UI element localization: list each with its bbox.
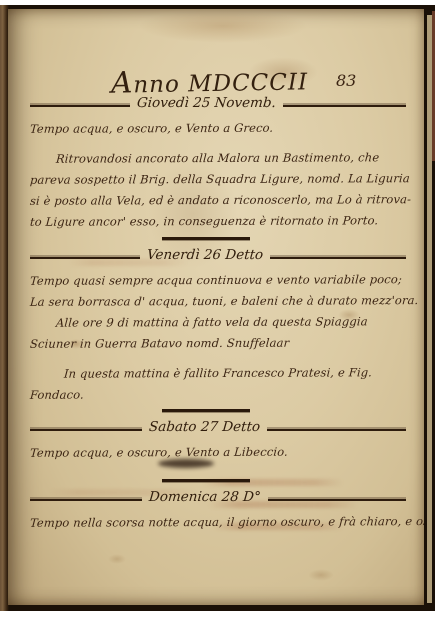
manuscript-line: Tempo acqua, e oscuro, e Vento a Libecci…: [29, 441, 406, 464]
manuscript-line: to Ligure ancor' esso, in conseguenza è …: [29, 210, 406, 233]
section-divider: [162, 237, 250, 240]
manuscript-line: Ritrovandosi ancorato alla Malora un Bas…: [29, 147, 406, 170]
entry-heading: Venerdì 26 Detto: [30, 247, 406, 263]
entry-date: Sabato 27 Detto: [142, 419, 268, 435]
heading-rule-left: [30, 429, 142, 431]
section-divider: [162, 479, 250, 482]
manuscript-line: Tempo quasi sempre acqua continuova e ve…: [29, 269, 406, 292]
page-number: 83: [336, 71, 356, 90]
manuscript-line: Tempo nella scorsa notte acqua, il giorn…: [29, 511, 406, 534]
manuscript-line: si è posto alla Vela, ed è andato a rico…: [29, 189, 406, 212]
manuscript-line: Fondaco.: [29, 383, 406, 406]
heading-rule-right: [283, 105, 406, 107]
journal-entry: Sabato 27 Detto Tempo acqua, e oscuro, e…: [30, 409, 406, 463]
manuscript-page: Anno MDCCCII 83 Giovedì 25 Novemb. Tempo…: [8, 9, 424, 605]
journal-entry: Giovedì 25 Novemb. Tempo acqua, e oscuro…: [30, 95, 406, 232]
manuscript-line: La sera borrasca d' acqua, tuoni, e bale…: [29, 290, 406, 313]
entry-date: Giovedì 25 Novemb.: [129, 95, 283, 111]
heading-rule-right: [267, 429, 406, 431]
journal-entry: Domenica 28 D° Tempo nella scorsa notte …: [30, 479, 406, 533]
foxing-spot: [108, 554, 126, 564]
stain: [138, 9, 308, 43]
journal-entry: Venerdì 26 Detto Tempo quasi sempre acqu…: [30, 237, 406, 405]
manuscript-line: pareva sospetto il Brig. della Squadra L…: [29, 168, 406, 191]
manuscript-scan: Anno MDCCCII 83 Giovedì 25 Novemb. Tempo…: [0, 0, 438, 620]
heading-rule-right: [268, 499, 406, 501]
entry-heading: Domenica 28 D°: [30, 489, 406, 505]
section-divider: [162, 409, 250, 412]
photo-background: Anno MDCCCII 83 Giovedì 25 Novemb. Tempo…: [0, 5, 435, 611]
entry-heading: Giovedì 25 Novemb.: [30, 95, 406, 111]
heading-rule-left: [30, 105, 130, 107]
heading-rule-right: [270, 257, 406, 259]
entry-heading: Sabato 27 Detto: [30, 419, 406, 435]
next-page-edge: [427, 15, 432, 603]
manuscript-line: Sciuner in Guerra Batavo nomd. Snuffelaa…: [29, 332, 406, 355]
foxing-spot: [308, 569, 334, 581]
manuscript-line: Alle ore 9 di mattina à fatto vela da qu…: [29, 311, 406, 334]
entry-date: Domenica 28 D°: [141, 489, 268, 505]
manuscript-line: In questa mattina è fallito Francesco Pr…: [29, 362, 406, 385]
manuscript-line: Tempo acqua, e oscuro, e Vento a Greco.: [29, 117, 406, 140]
heading-rule-left: [30, 499, 142, 501]
cover-edge: [432, 11, 435, 161]
entry-date: Venerdì 26 Detto: [139, 247, 271, 263]
heading-rule-left: [30, 257, 140, 259]
